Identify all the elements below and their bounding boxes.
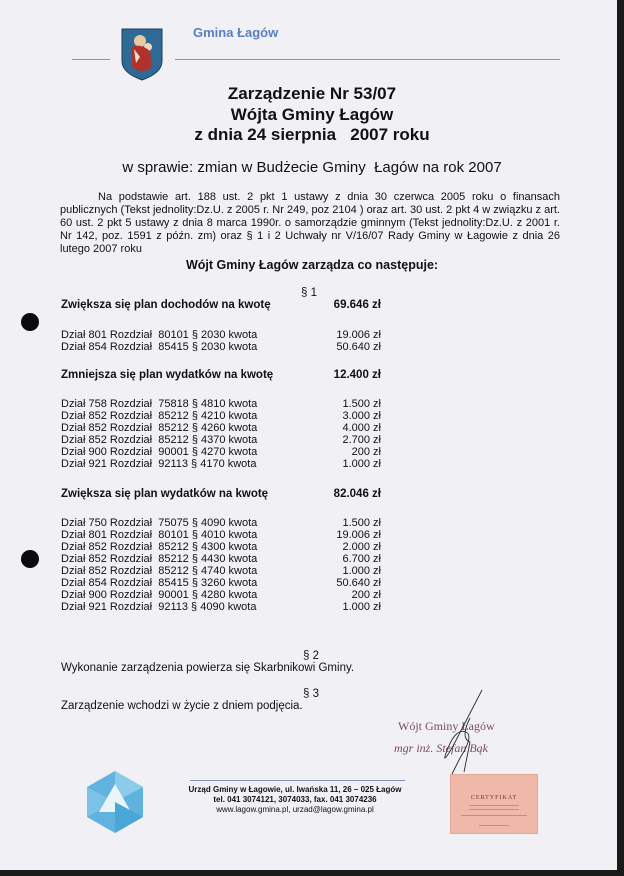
budget-line-item: Dział 758 Rozdział 75818 § 4810 kwota1.5… bbox=[61, 398, 381, 410]
group-heading-label: Zwiększa się plan dochodów na kwotę bbox=[61, 299, 271, 311]
footer-contact: Urząd Gminy w Łagowie, ul. Iwańska 11, 2… bbox=[160, 785, 430, 815]
line-item-label: Dział 900 Rozdział 90001 § 4280 kwota bbox=[61, 589, 257, 601]
budget-line-item: Dział 921 Rozdział 92113 § 4170 kwota1.0… bbox=[61, 458, 381, 470]
budget-line-item: Dział 852 Rozdział 85212 § 4430 kwota6.7… bbox=[61, 553, 381, 565]
line-item-amount: 1.000 zł bbox=[342, 565, 381, 577]
budget-line-item: Dział 852 Rozdział 85212 § 4370 kwota2.7… bbox=[61, 434, 381, 446]
line-item-label: Dział 854 Rozdział 85415 § 3260 kwota bbox=[61, 577, 257, 589]
certificate-badge: CERTYFIKAT bbox=[450, 774, 538, 834]
budget-line-item: Dział 900 Rozdział 90001 § 4280 kwota200… bbox=[61, 589, 381, 601]
line-item-amount: 19.006 zł bbox=[336, 329, 381, 341]
line-item-amount: 50.640 zł bbox=[336, 577, 381, 589]
group-total: 12.400 zł bbox=[334, 369, 381, 381]
line-item-label: Dział 852 Rozdział 85212 § 4740 kwota bbox=[61, 565, 257, 577]
line-item-amount: 2.000 zł bbox=[342, 541, 381, 553]
line-item-amount: 1.000 zł bbox=[342, 601, 381, 613]
group-total: 82.046 zł bbox=[334, 488, 381, 500]
line-item-label: Dział 852 Rozdział 85212 § 4210 kwota bbox=[61, 410, 257, 422]
footer-rule bbox=[190, 780, 405, 781]
line-item-label: Dział 750 Rozdział 75075 § 4090 kwota bbox=[61, 517, 257, 529]
budget-line-item: Dział 801 Rozdział 80101 § 2030 kwota19.… bbox=[61, 329, 381, 341]
budget-line-item: Dział 852 Rozdział 85212 § 4260 kwota4.0… bbox=[61, 422, 381, 434]
line-item-label: Dział 852 Rozdział 85212 § 4430 kwota bbox=[61, 553, 257, 565]
line-item-label: Dział 852 Rozdział 85212 § 4370 kwota bbox=[61, 434, 257, 446]
budget-line-item: Dział 900 Rozdział 90001 § 4270 kwota200… bbox=[61, 446, 381, 458]
line-item-amount: 200 zł bbox=[352, 589, 381, 601]
line-item-amount: 1.000 zł bbox=[342, 458, 381, 470]
budget-group-heading: Zwiększa się plan dochodów na kwotę69.64… bbox=[61, 299, 381, 311]
line-item-label: Dział 801 Rozdział 80101 § 2030 kwota bbox=[61, 329, 257, 341]
line-item-amount: 2.700 zł bbox=[342, 434, 381, 446]
line-item-amount: 3.000 zł bbox=[342, 410, 381, 422]
footer-phone: tel. 041 3074121, 3074033, fax. 041 3074… bbox=[160, 795, 430, 805]
budget-line-item: Dział 854 Rozdział 85415 § 2030 kwota50.… bbox=[61, 341, 381, 353]
header-rule-left bbox=[72, 59, 110, 60]
document-page: Gmina Łagów Zarządzenie Nr 53/07 Wójta G… bbox=[0, 0, 617, 870]
legal-basis-text: Na podstawie art. 188 ust. 2 pkt 1 ustaw… bbox=[60, 191, 560, 255]
line-item-label: Dział 900 Rozdział 90001 § 4270 kwota bbox=[61, 446, 257, 458]
line-item-label: Dział 854 Rozdział 85415 § 2030 kwota bbox=[61, 341, 257, 353]
group-heading-label: Zwiększa się plan wydatków na kwotę bbox=[61, 488, 268, 500]
line-item-label: Dział 758 Rozdział 75818 § 4810 kwota bbox=[61, 398, 257, 410]
hexagon-logo-icon bbox=[85, 770, 145, 834]
header-rule-right bbox=[175, 59, 560, 60]
group-heading-label: Zmniejsza się plan wydatków na kwotę bbox=[61, 369, 273, 381]
line-item-amount: 19.006 zł bbox=[336, 529, 381, 541]
line-item-amount: 50.640 zł bbox=[336, 341, 381, 353]
document-title-line3: z dnia 24 sierpnia 2007 roku bbox=[0, 124, 624, 145]
document-title-line1: Zarządzenie Nr 53/07 bbox=[0, 83, 624, 104]
footer-address: Urząd Gminy w Łagowie, ul. Iwańska 11, 2… bbox=[160, 785, 430, 795]
certificate-title: CERTYFIKAT bbox=[451, 795, 537, 801]
line-item-amount: 1.500 zł bbox=[342, 517, 381, 529]
budget-line-item: Dział 852 Rozdział 85212 § 4300 kwota2.0… bbox=[61, 541, 381, 553]
footer-web: www.lagow.gmina.pl, urzad@lagow.gmina.pl bbox=[160, 805, 430, 815]
budget-group-heading: Zwiększa się plan wydatków na kwotę82.04… bbox=[61, 488, 381, 500]
binder-hole-top bbox=[21, 313, 39, 331]
line-item-label: Dział 852 Rozdział 85212 § 4260 kwota bbox=[61, 422, 257, 434]
budget-line-item: Dział 854 Rozdział 85415 § 3260 kwota50.… bbox=[61, 577, 381, 589]
line-item-label: Dział 852 Rozdział 85212 § 4300 kwota bbox=[61, 541, 257, 553]
group-total: 69.646 zł bbox=[334, 299, 381, 311]
document-subject: w sprawie: zmian w Budżecie Gminy Łagów … bbox=[0, 159, 624, 176]
line-item-label: Dział 921 Rozdział 92113 § 4170 kwota bbox=[61, 458, 256, 470]
line-item-amount: 4.000 zł bbox=[342, 422, 381, 434]
handwritten-signature-icon bbox=[430, 688, 490, 778]
line-item-label: Dział 801 Rozdział 80101 § 4010 kwota bbox=[61, 529, 257, 541]
budget-line-item: Dział 852 Rozdział 85212 § 4740 kwota1.0… bbox=[61, 565, 381, 577]
budget-line-item: Dział 852 Rozdział 85212 § 4210 kwota3.0… bbox=[61, 410, 381, 422]
section1-sign: § 1 bbox=[301, 287, 317, 299]
binder-hole-bottom bbox=[21, 550, 39, 568]
budget-group-heading: Zmniejsza się plan wydatków na kwotę12.4… bbox=[61, 369, 381, 381]
section3-text: Zarządzenie wchodzi w życie z dniem podj… bbox=[61, 700, 303, 712]
document-title-line2: Wójta Gminy Łagów bbox=[0, 104, 624, 125]
budget-line-item: Dział 750 Rozdział 75075 § 4090 kwota1.5… bbox=[61, 517, 381, 529]
section2-sign: § 2 bbox=[303, 650, 319, 662]
decree-intro: Wójt Gminy Łagów zarządza co następuje: bbox=[0, 258, 624, 272]
section2-text: Wykonanie zarządzenia powierza się Skarb… bbox=[61, 662, 354, 674]
coat-of-arms-icon bbox=[120, 27, 164, 81]
line-item-amount: 200 zł bbox=[352, 446, 381, 458]
section3-sign: § 3 bbox=[303, 688, 319, 700]
budget-line-item: Dział 801 Rozdział 80101 § 4010 kwota19.… bbox=[61, 529, 381, 541]
legal-basis-paragraph: Na podstawie art. 188 ust. 2 pkt 1 ustaw… bbox=[60, 191, 560, 256]
budget-line-item: Dział 921 Rozdział 92113 § 4090 kwota1.0… bbox=[61, 601, 381, 613]
gmina-name: Gmina Łagów bbox=[193, 25, 278, 40]
line-item-amount: 1.500 zł bbox=[342, 398, 381, 410]
line-item-amount: 6.700 zł bbox=[342, 553, 381, 565]
line-item-label: Dział 921 Rozdział 92113 § 4090 kwota bbox=[61, 601, 256, 613]
